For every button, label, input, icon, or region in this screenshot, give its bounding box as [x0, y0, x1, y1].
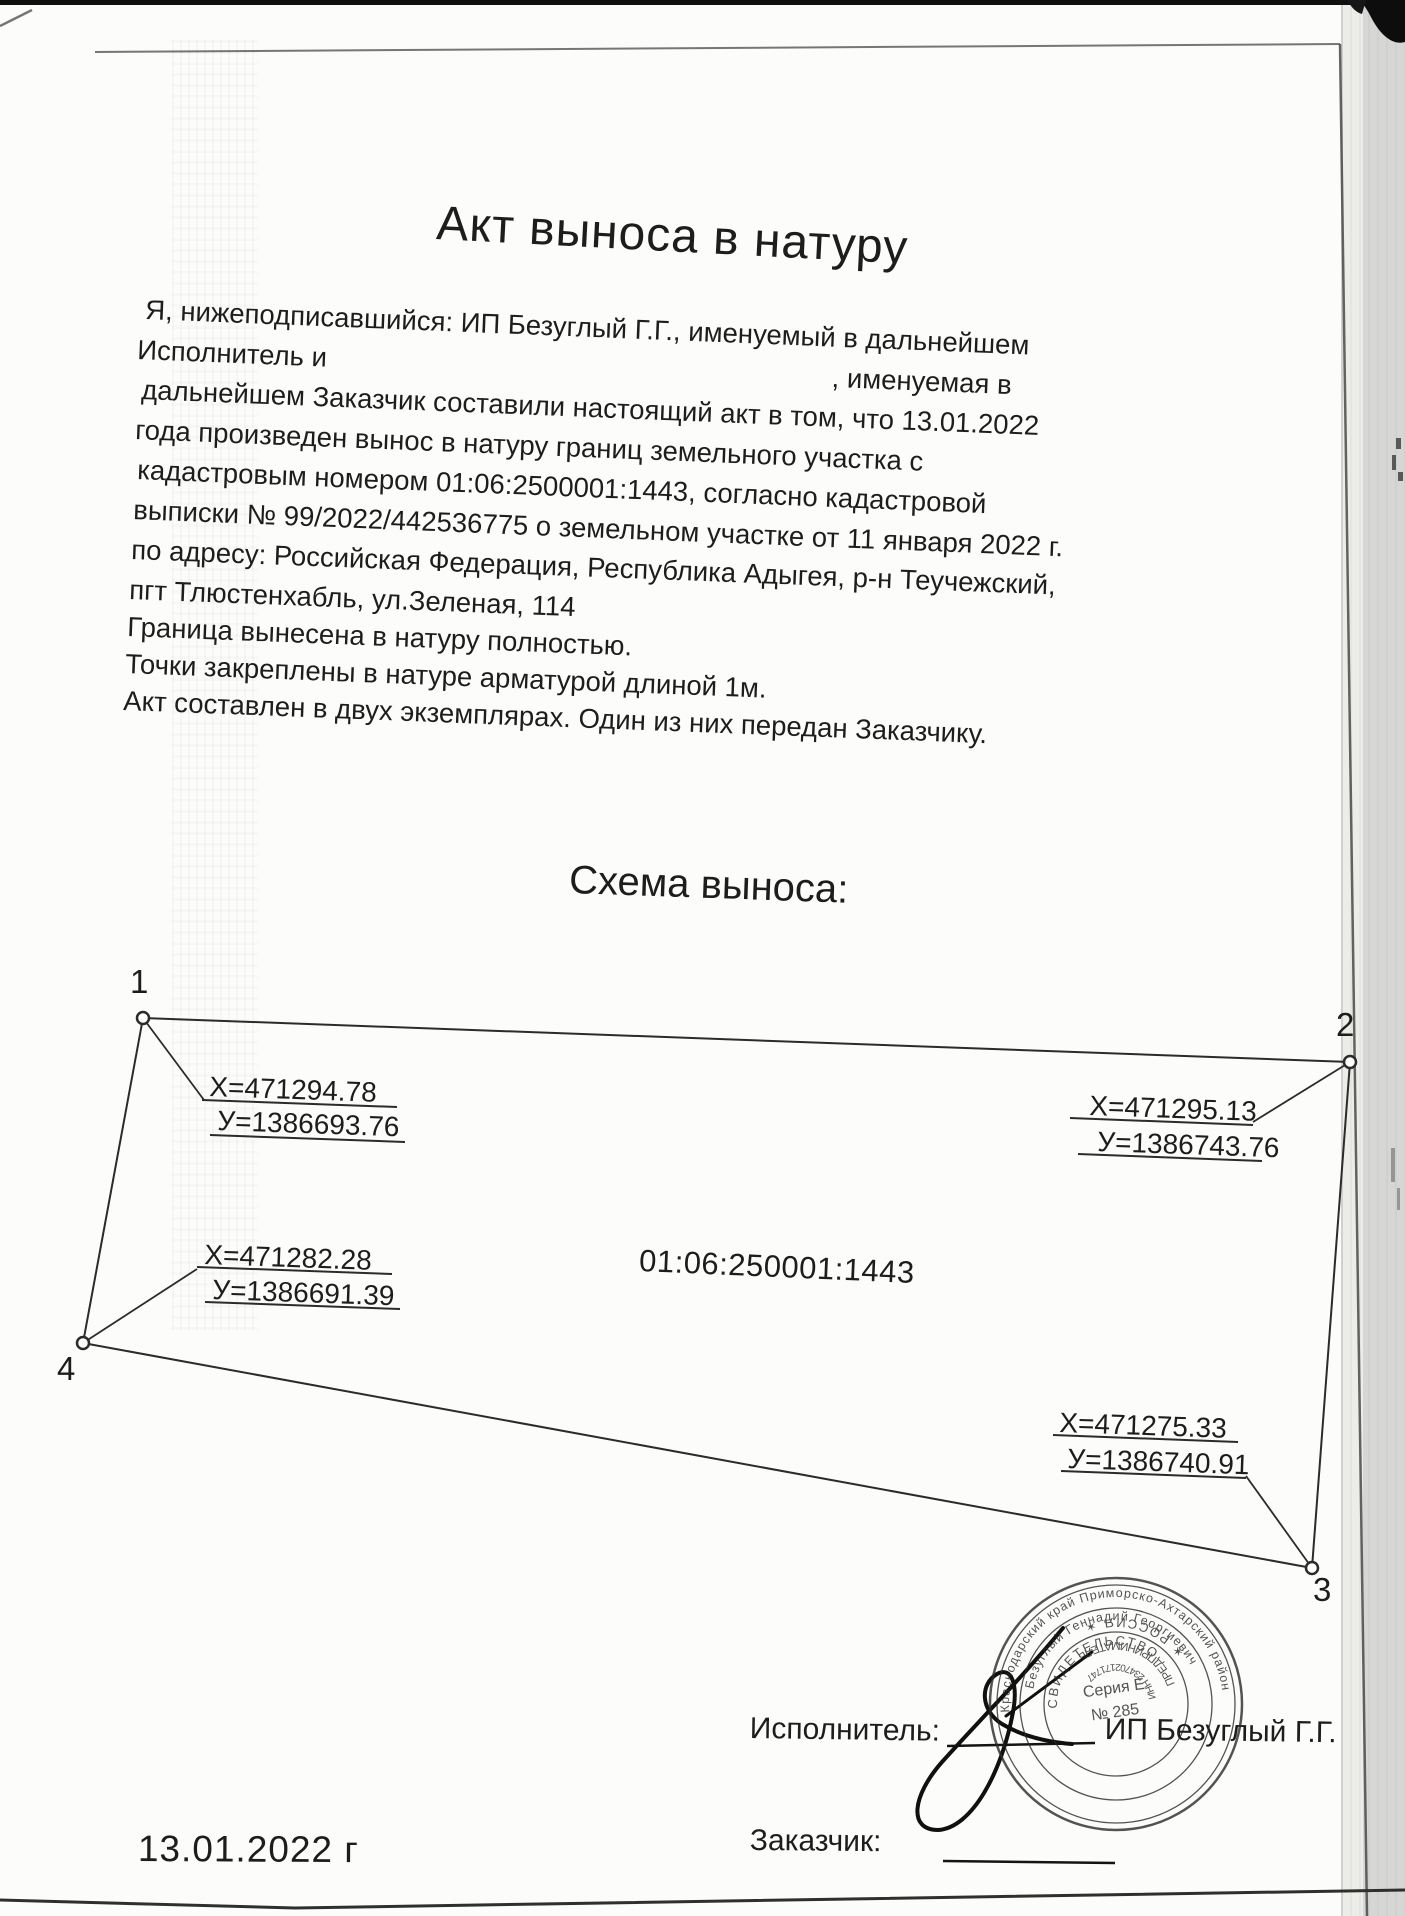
point-4-y-coordinate: У=1386691.39 — [212, 1274, 395, 1312]
top-left-corner-mark — [0, 10, 32, 26]
svg-text:ПРЕДПРИНИМАТЕЛЬ: ПРЕДПРИНИМАТЕЛЬ — [1075, 1631, 1178, 1700]
point-2-y-coordinate: У=1386743.76 — [1097, 1126, 1280, 1164]
parcel-edge-4-1 — [83, 1018, 143, 1343]
leader-point-2 — [1253, 1062, 1350, 1122]
leader-point-3 — [1246, 1476, 1312, 1568]
parcel-edge-1-2 — [143, 1018, 1350, 1062]
point-2-number: 2 — [1336, 1006, 1354, 1044]
body-line-2-right: , именуемая в — [831, 362, 1012, 401]
schema-heading: Схема выноса: — [568, 858, 849, 913]
svg-text:СВИДЕТЕЛЬСТВО: СВИДЕТЕЛЬСТВО — [1036, 1626, 1169, 1711]
point-3-number: 3 — [1313, 1571, 1331, 1609]
scanned-document: Акт выноса в натуру Я, нижеподписавшийся… — [0, 0, 1405, 1916]
svg-text:Безуглый Геннадий Георгиевич: Безуглый Геннадий Георгиевич — [1013, 1597, 1201, 1692]
stamp-entrepreneur-text: ПРЕДПРИНИМАТЕЛЬ — [1075, 1631, 1178, 1700]
diagram-overlay: Краснодарский край Приморско-Ахтарский р… — [0, 0, 1405, 1916]
executor-name: ИП Безуглый Г.Г. — [1105, 1713, 1337, 1750]
executor-label: Исполнитель: — [750, 1712, 941, 1749]
stamp-series-line1: Серия Е — [1082, 1676, 1146, 1701]
page-top-border-line — [95, 44, 1340, 52]
body-line-2-left: Исполнитель и — [137, 334, 328, 374]
document-date: 13.01.2022 г — [138, 1828, 359, 1871]
point-2-x-coordinate: X=471295.13 — [1089, 1090, 1257, 1128]
executor-signature-line — [947, 1743, 1095, 1746]
stamp-middle-circle — [1008, 1596, 1225, 1813]
stamp-outer-circle — [974, 1562, 1259, 1847]
point-3-y-coordinate: У=1386740.91 — [1067, 1443, 1250, 1481]
point-4-marker — [77, 1337, 89, 1349]
stamp-certificate-text: СВИДЕТЕЛЬСТВО — [1036, 1626, 1169, 1711]
stamp-region-text: Краснодарский край Приморско-Ахтарский р… — [983, 1571, 1233, 1723]
customer-signature-line — [943, 1861, 1115, 1863]
executor-signature — [917, 1628, 1092, 1830]
page-bottom-edge-line — [0, 1890, 1405, 1908]
point-1-x-coordinate: X=471294.78 — [209, 1071, 377, 1109]
leader-point-1 — [143, 1018, 204, 1100]
point-1-y-coordinate: У=1386693.76 — [217, 1105, 400, 1143]
scan-edge-strip — [1341, 0, 1405, 1916]
point-4-number: 4 — [57, 1350, 75, 1388]
stamp-country-text: ✶ РОССИЯ ✶ — [1080, 1605, 1188, 1673]
svg-text:ИНН 234702171747: ИНН 234702171747 — [1082, 1655, 1159, 1708]
scan-top-edge-line — [0, 0, 1362, 5]
stamp-inn-text: ИНН 234702171747 — [1082, 1655, 1159, 1708]
stamp-inner-circle — [1035, 1623, 1198, 1786]
cadastral-number-label: 01:06:250001:1443 — [638, 1243, 915, 1291]
leader-point-4 — [83, 1269, 197, 1343]
point-4-x-coordinate: X=471282.28 — [204, 1239, 372, 1277]
stamp-second-circle — [982, 1570, 1251, 1839]
scan-edge-streaks — [1341, 0, 1405, 1916]
svg-text:✶ РОССИЯ ✶: ✶ РОССИЯ ✶ — [1080, 1605, 1188, 1673]
point-3-x-coordinate: X=471275.33 — [1059, 1407, 1227, 1445]
point-1-number: 1 — [130, 963, 148, 1001]
document-title: Акт выноса в натуру — [435, 196, 909, 276]
point-1-marker — [137, 1012, 149, 1024]
notary-stamp: Краснодарский край Приморско-Ахтарский р… — [974, 1562, 1259, 1847]
stamp-owner-name-text: Безуглый Геннадий Георгиевич — [1013, 1597, 1201, 1692]
svg-text:Краснодарский край Приморско-А: Краснодарский край Приморско-Ахтарский р… — [983, 1571, 1233, 1723]
customer-label: Заказчик: — [750, 1824, 882, 1859]
